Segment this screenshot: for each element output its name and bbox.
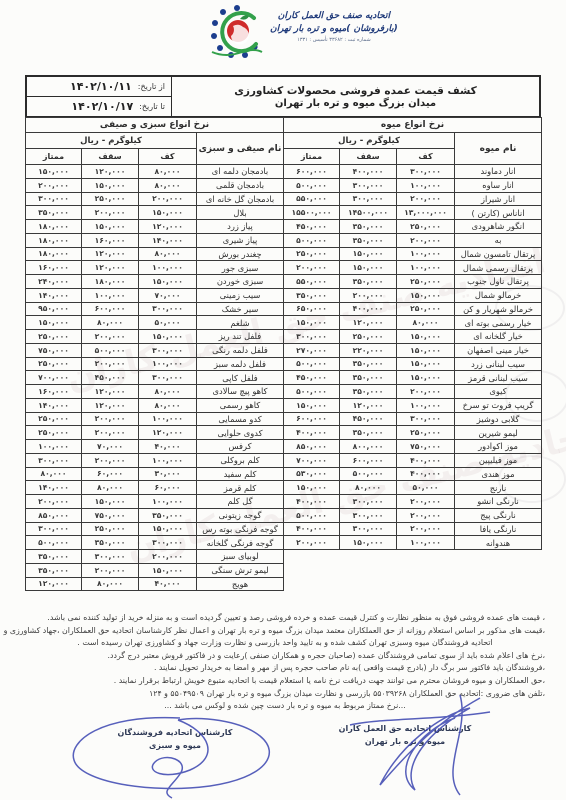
floor-price-cell: ۸۰,۰۰۰ xyxy=(397,316,455,330)
table-row: ۱۶۰,۰۰۰۱۲۰,۰۰۰۸۰,۰۰۰کاهو پیچ سالادی xyxy=(26,385,284,399)
table-row: ۱۸۰,۰۰۰۱۶۰,۰۰۰۱۴۰,۰۰۰پیاز شیری xyxy=(26,233,284,247)
floor-price-cell: ۱۵۰,۰۰۰ xyxy=(139,206,197,220)
premium-price-cell: ۵۰۰,۰۰۰ xyxy=(284,385,340,399)
table-row: ۱۵۵۰۰,۰۰۰۱۴۵۰۰,۰۰۰۱۳,۰۰۰,۰۰۰اناناس (کارت… xyxy=(284,206,542,220)
table-row: ۱۸۰,۰۰۰۱۵۰,۰۰۰۱۲۰,۰۰۰پیاز زرد xyxy=(26,220,284,234)
product-name-cell: هندوانه xyxy=(455,536,542,550)
premium-price-cell: ۱۵۰,۰۰۰ xyxy=(284,316,340,330)
table-row: ۲۵۰,۰۰۰۱۵۰,۰۰۰۱۰۰,۰۰۰پرتقال تامسون شمال xyxy=(284,247,542,261)
premium-price-cell: ۶۰۰,۰۰۰ xyxy=(284,165,340,179)
table-row: ۷۰۰,۰۰۰۶۰۰,۰۰۰۴۰۰,۰۰۰موز فیلیپین xyxy=(284,453,542,467)
floor-price-cell: ۱۵۰,۰۰۰ xyxy=(139,563,197,577)
floor-price-cell: ۱۵۰,۰۰۰ xyxy=(397,357,455,371)
premium-price-cell: ۲۰۰,۰۰۰ xyxy=(26,178,82,192)
product-name-cell: سبزی خوردن xyxy=(197,275,284,289)
premium-price-cell: ۲۰۰,۰۰۰ xyxy=(26,495,82,509)
table-row: ۳۵۰,۰۰۰۲۰۰,۰۰۰۱۵۰,۰۰۰لیمو ترش سنگی xyxy=(26,563,284,577)
to-date-value: ۱۴۰۲/۱۰/۱۷ xyxy=(71,100,133,113)
premium-price-cell: ۲۰۰,۰۰۰ xyxy=(284,536,340,550)
signature-title: کارشناس اتحادیه فروشندگان xyxy=(95,726,255,739)
product-name-cell: سیب لبنانی قرمز xyxy=(455,371,542,385)
product-name-cell: بلال xyxy=(197,206,284,220)
floor-price-cell: ۵۰,۰۰۰ xyxy=(139,316,197,330)
org-name-line2: (بارفروشان )میوه و تره بار تهران xyxy=(270,23,398,36)
product-name-cell: گلابی دوشیز xyxy=(455,412,542,426)
floor-price-cell: ۷۰,۰۰۰ xyxy=(139,288,197,302)
premium-price-cell: ۴۵۰,۰۰۰ xyxy=(284,371,340,385)
floor-price-cell: ۴۰,۰۰۰ xyxy=(139,440,197,454)
table-row: ۳۵۰,۰۰۰۲۰۰,۰۰۰۱۵۰,۰۰۰خرمالو شمال xyxy=(284,288,542,302)
premium-price-cell: ۲۷۰,۰۰۰ xyxy=(284,343,340,357)
ceiling-price-cell: ۱۲۰,۰۰۰ xyxy=(340,398,397,412)
table-row: ۱۵۰,۰۰۰۸۰,۰۰۰۵۰,۰۰۰نارنج xyxy=(284,481,542,495)
ceiling-price-cell: ۲۵۰,۰۰۰ xyxy=(82,192,139,206)
premium-price-cell: ۶۵۰,۰۰۰ xyxy=(284,302,340,316)
table-row: ۱۵۰,۰۰۰۱۲۰,۰۰۰۸۰,۰۰۰بادمجان دلمه ای xyxy=(26,165,284,179)
from-date-row: از تاریخ: ۱۴۰۲/۱۰/۱۱ xyxy=(27,77,171,96)
ceiling-price-cell: ۳۰۰,۰۰۰ xyxy=(340,495,397,509)
floor-price-cell: ۱۵۰,۰۰۰ xyxy=(397,330,455,344)
product-name-cell: فلفل تند ریز xyxy=(197,330,284,344)
vegetable-price-table: نرخ انواع سبزی و صیفی کیلوگرم - ریال نام… xyxy=(25,117,284,591)
floor-price-cell: ۲۰۰,۰۰۰ xyxy=(397,495,455,509)
product-name-cell: کلم سفید xyxy=(197,467,284,481)
ceiling-price-cell: ۲۰۰,۰۰۰ xyxy=(82,330,139,344)
floor-price-cell: ۱۰۰,۰۰۰ xyxy=(397,398,455,412)
veg-col-premium: ممتاز xyxy=(26,149,82,165)
sheet-title-line1: کشف قیمت عمده فروشی محصولات کشاورزی xyxy=(234,85,477,97)
ceiling-price-cell: ۳۵۰,۰۰۰ xyxy=(340,385,397,399)
table-row: ۵۰۰,۰۰۰۳۵۰,۰۰۰۳۰۰,۰۰۰گوجه فرنگی گلخانه xyxy=(26,536,284,550)
product-name-cell: نارنگی یافا xyxy=(455,522,542,536)
note-line: ،نرخ های اعلام شده باید از سوی تمامی فرو… xyxy=(25,650,545,663)
note-line: ،فروشندگان باید فاکتور سر برگ دار (بادرج… xyxy=(25,662,545,675)
sheet-title-line2: میدان بزرگ میوه و تره بار تهران xyxy=(275,98,436,109)
ceiling-price-cell: ۱۲۰,۰۰۰ xyxy=(82,261,139,275)
veg-section-title: نرخ انواع سبزی و صیفی xyxy=(26,118,284,133)
premium-price-cell: ۱۸۰,۰۰۰ xyxy=(26,233,82,247)
table-row: ۲۵۰,۰۰۰۲۰۰,۰۰۰۱۰۰,۰۰۰کدو مسمایی xyxy=(26,412,284,426)
product-name-cell: سیب لبنانی زرد xyxy=(455,357,542,371)
ceiling-price-cell: ۴۵۰,۰۰۰ xyxy=(340,412,397,426)
premium-price-cell: ۱۵۰,۰۰۰ xyxy=(26,165,82,179)
product-name-cell: لیمو شیرین xyxy=(455,426,542,440)
fruit-name-header: نام میوه xyxy=(455,133,542,165)
floor-price-cell: ۱۰۰,۰۰۰ xyxy=(397,536,455,550)
table-row: ۵۵۰,۰۰۰۳۵۰,۰۰۰۲۵۰,۰۰۰پرتقال ناول جنوب xyxy=(284,275,542,289)
ceiling-price-cell: ۳۵۰,۰۰۰ xyxy=(340,426,397,440)
product-name-cell: فلفل دلمه رنگی xyxy=(197,343,284,357)
ceiling-price-cell: ۱۸۰,۰۰۰ xyxy=(82,275,139,289)
sheet-header: از تاریخ: ۱۴۰۲/۱۰/۱۱ تا تاریخ: ۱۴۰۲/۱۰/۱… xyxy=(25,75,541,117)
premium-price-cell: ۵۰۰,۰۰۰ xyxy=(284,178,340,192)
premium-price-cell: ۱۸۰,۰۰۰ xyxy=(26,220,82,234)
product-name-cell: بادمجان قلمی xyxy=(197,178,284,192)
premium-price-cell: ۵۰۰,۰۰۰ xyxy=(284,233,340,247)
product-name-cell: کاهو رسمی xyxy=(197,398,284,412)
premium-price-cell: ۵۰۰,۰۰۰ xyxy=(26,536,82,550)
table-row: ۲۵۰,۰۰۰۲۰۰,۰۰۰۱۵۰,۰۰۰فلفل تند ریز xyxy=(26,330,284,344)
premium-price-cell: ۵۰۰,۰۰۰ xyxy=(284,357,340,371)
premium-price-cell: ۲۴۰,۰۰۰ xyxy=(26,275,82,289)
ceiling-price-cell: ۸۰,۰۰۰ xyxy=(82,316,139,330)
premium-price-cell: ۱۶۰,۰۰۰ xyxy=(26,261,82,275)
fruit-col-floor: کف xyxy=(397,149,455,165)
product-name-cell: لیمو ترش سنگی xyxy=(197,563,284,577)
table-row: ۱۵۰,۰۰۰۸۰,۰۰۰۵۰,۰۰۰شلغم xyxy=(26,316,284,330)
table-row: ۱۰۰,۰۰۰۷۰,۰۰۰۴۰,۰۰۰کرفس xyxy=(26,440,284,454)
product-name-cell: کرفس xyxy=(197,440,284,454)
table-row: ۲۰۰,۰۰۰۱۵۰,۰۰۰۸۰,۰۰۰بادمجان قلمی xyxy=(26,178,284,192)
floor-price-cell: ۸۰,۰۰۰ xyxy=(139,247,197,261)
table-row: ۱۵۰,۰۰۰۱۲۰,۰۰۰۱۰۰,۰۰۰گریپ فروت تو سرخ xyxy=(284,398,542,412)
table-row: ۳۵۰,۰۰۰۳۰۰,۰۰۰۲۰۰,۰۰۰لوبیای سبز xyxy=(26,550,284,564)
floor-price-cell: ۱۵۰,۰۰۰ xyxy=(397,371,455,385)
premium-price-cell: ۱۵۰,۰۰۰ xyxy=(26,316,82,330)
premium-price-cell: ۴۰۰,۰۰۰ xyxy=(284,426,340,440)
premium-price-cell: ۵۳۰,۰۰۰ xyxy=(284,467,340,481)
table-row: ۸۰,۰۰۰۶۰,۰۰۰۳۰,۰۰۰کلم سفید xyxy=(26,467,284,481)
from-date-value: ۱۴۰۲/۱۰/۱۱ xyxy=(70,80,132,93)
premium-price-cell: ۱۵۰,۰۰۰ xyxy=(284,398,340,412)
premium-price-cell: ۷۰۰,۰۰۰ xyxy=(284,453,340,467)
product-name-cell: خرمالو شمال xyxy=(455,288,542,302)
floor-price-cell: ۲۰۰,۰۰۰ xyxy=(139,550,197,564)
product-name-cell: خرمالو شهریار و کن xyxy=(455,302,542,316)
product-name-cell: گوجه فرنگی گلخانه xyxy=(197,536,284,550)
floor-price-cell: ۱۰۰,۰۰۰ xyxy=(139,495,197,509)
floor-price-cell: ۱۰۰,۰۰۰ xyxy=(397,178,455,192)
ceiling-price-cell: ۱۵۰,۰۰۰ xyxy=(340,247,397,261)
floor-price-cell: ۲۰۰,۰۰۰ xyxy=(397,522,455,536)
premium-price-cell: ۳۰۰,۰۰۰ xyxy=(284,330,340,344)
product-name-cell: گوجه فرنگی بوته رس xyxy=(197,522,284,536)
table-row: ۳۰۰,۰۰۰۲۵۰,۰۰۰۲۰۰,۰۰۰بادمجان گل خانه ای xyxy=(26,192,284,206)
table-row: ۵۵۰,۰۰۰۳۰۰,۰۰۰۲۰۰,۰۰۰انار شیراز xyxy=(284,192,542,206)
floor-price-cell: ۳۰۰,۰۰۰ xyxy=(139,536,197,550)
table-row: ۷۰۰,۰۰۰۴۵۰,۰۰۰۳۰۰,۰۰۰فلفل کاپی xyxy=(26,371,284,385)
sellers-union-expert-signature-block: کارشناس اتحادیه فروشندگان میوه و سبزی xyxy=(95,726,255,752)
table-row: ۲۰۰,۰۰۰۱۵۰,۰۰۰۱۰۰,۰۰۰پرتقال رسمی شمال xyxy=(284,261,542,275)
premium-price-cell: ۱۲۰,۰۰۰ xyxy=(26,577,82,591)
floor-price-cell: ۱۰۰,۰۰۰ xyxy=(139,357,197,371)
table-row: ۱۴۰,۰۰۰۸۰,۰۰۰۶۰,۰۰۰کلم قرمز xyxy=(26,481,284,495)
floor-price-cell: ۳۰۰,۰۰۰ xyxy=(397,165,455,179)
premium-price-cell: ۳۵۰,۰۰۰ xyxy=(284,288,340,302)
table-row: ۴۰۰,۰۰۰۳۵۰,۰۰۰۲۵۰,۰۰۰لیمو شیرین xyxy=(284,426,542,440)
ceiling-price-cell: ۱۵۰,۰۰۰ xyxy=(82,495,139,509)
table-row: ۵۰۰,۰۰۰۳۵۰,۰۰۰۲۰۰,۰۰۰کیوی xyxy=(284,385,542,399)
floor-price-cell: ۴۰,۰۰۰ xyxy=(139,577,197,591)
table-row: ۱۶۰,۰۰۰۱۲۰,۰۰۰۱۰۰,۰۰۰سبزی جور xyxy=(26,261,284,275)
ceiling-price-cell: ۱۴۵۰۰,۰۰۰ xyxy=(340,206,397,220)
table-row: ۸۵۰,۰۰۰۷۵۰,۰۰۰۳۵۰,۰۰۰گوجه زیتونی xyxy=(26,508,284,522)
ceiling-price-cell: ۱۲۰,۰۰۰ xyxy=(82,247,139,261)
floor-price-cell: ۸۰,۰۰۰ xyxy=(139,178,197,192)
fruit-col-premium: ممتاز xyxy=(284,149,340,165)
product-name-cell: پرتقال ناول جنوب xyxy=(455,275,542,289)
product-name-cell: انار ساوه xyxy=(455,178,542,192)
ceiling-price-cell: ۲۰۰,۰۰۰ xyxy=(340,288,397,302)
ceiling-price-cell: ۲۰۰,۰۰۰ xyxy=(82,357,139,371)
product-name-cell: نارنگی پیج xyxy=(455,508,542,522)
table-row: ۵۰۰,۰۰۰۳۵۰,۰۰۰۱۵۰,۰۰۰سیب لبنانی زرد xyxy=(284,357,542,371)
ceiling-price-cell: ۷۵۰,۰۰۰ xyxy=(82,508,139,522)
table-row: ۴۰۰,۰۰۰۳۰۰,۰۰۰۲۰۰,۰۰۰نارنگی انشو xyxy=(284,495,542,509)
floor-price-cell: ۳۰۰,۰۰۰ xyxy=(139,302,197,316)
product-name-cell: انگور شاهرودی xyxy=(455,220,542,234)
signature-subtitle: میوه و سبزی xyxy=(95,739,255,752)
ceiling-price-cell: ۶۰۰,۰۰۰ xyxy=(82,302,139,316)
premium-price-cell: ۵۵۰,۰۰۰ xyxy=(284,275,340,289)
ceiling-price-cell: ۱۲۰,۰۰۰ xyxy=(340,316,397,330)
floor-price-cell: ۱۲۰,۰۰۰ xyxy=(139,426,197,440)
date-box: از تاریخ: ۱۴۰۲/۱۰/۱۱ تا تاریخ: ۱۴۰۲/۱۰/۱… xyxy=(27,77,172,116)
ceiling-price-cell: ۳۵۰,۰۰۰ xyxy=(340,371,397,385)
ceiling-price-cell: ۱۲۰,۰۰۰ xyxy=(82,398,139,412)
sheet-title: کشف قیمت عمده فروشی محصولات کشاورزی میدا… xyxy=(172,77,539,116)
product-name-cell: خیار گلخانه ای xyxy=(455,330,542,344)
table-row: ۳۵۰,۰۰۰۲۰۰,۰۰۰۱۵۰,۰۰۰بلال xyxy=(26,206,284,220)
premium-price-cell: ۲۵۰,۰۰۰ xyxy=(284,247,340,261)
product-name-cell: کلم بروکلی xyxy=(197,453,284,467)
product-name-cell: گریپ فروت تو سرخ xyxy=(455,398,542,412)
floor-price-cell: ۷۵۰,۰۰۰ xyxy=(397,440,455,454)
premium-price-cell: ۳۰۰,۰۰۰ xyxy=(26,192,82,206)
floor-price-cell: ۱۵۰,۰۰۰ xyxy=(397,288,455,302)
floor-price-cell: ۱۰۰,۰۰۰ xyxy=(397,247,455,261)
product-name-cell: پرتقال تامسون شمال xyxy=(455,247,542,261)
floor-price-cell: ۱۴۰,۰۰۰ xyxy=(139,233,197,247)
ceiling-price-cell: ۳۵۰,۰۰۰ xyxy=(340,220,397,234)
ceiling-price-cell: ۳۵۰,۰۰۰ xyxy=(340,357,397,371)
product-name-cell: شلغم xyxy=(197,316,284,330)
floor-price-cell: ۲۰۰,۰۰۰ xyxy=(397,385,455,399)
from-date-label: از تاریخ: xyxy=(138,82,165,91)
ceiling-price-cell: ۲۰۰,۰۰۰ xyxy=(82,563,139,577)
table-row: ۲۵۰,۰۰۰۲۰۰,۰۰۰۱۲۰,۰۰۰کدوی حلوایی xyxy=(26,426,284,440)
premium-price-cell: ۸۵۰,۰۰۰ xyxy=(26,508,82,522)
ceiling-price-cell: ۸۰۰,۰۰۰ xyxy=(340,440,397,454)
union-logo-icon xyxy=(210,4,264,64)
premium-price-cell: ۱۴۰,۰۰۰ xyxy=(26,398,82,412)
product-name-cell: کدوی حلوایی xyxy=(197,426,284,440)
ceiling-price-cell: ۱۵۰,۰۰۰ xyxy=(340,261,397,275)
fruit-unit-header: کیلوگرم - ریال xyxy=(284,133,455,149)
floor-price-cell: ۳۵۰,۰۰۰ xyxy=(139,508,197,522)
table-row: ۱۲۰,۰۰۰۸۰,۰۰۰۴۰,۰۰۰هویج xyxy=(26,577,284,591)
ceiling-price-cell: ۱۶۰,۰۰۰ xyxy=(82,233,139,247)
floor-price-cell: ۱۵۰,۰۰۰ xyxy=(397,343,455,357)
note-line: ، قیمت های عمده فروشی فوق به منظور نظارت… xyxy=(25,612,545,625)
floor-price-cell: ۱۲۰,۰۰۰ xyxy=(139,220,197,234)
premium-price-cell: ۲۰۰,۰۰۰ xyxy=(284,261,340,275)
premium-price-cell: ۹۵۰,۰۰۰ xyxy=(26,302,82,316)
product-name-cell: بادمجان دلمه ای xyxy=(197,165,284,179)
table-row: ۱۵۰,۰۰۰۱۲۰,۰۰۰۸۰,۰۰۰خیار رسمی بوته ای xyxy=(284,316,542,330)
premium-price-cell: ۷۵۰,۰۰۰ xyxy=(26,343,82,357)
ceiling-price-cell: ۱۰۰,۰۰۰ xyxy=(82,288,139,302)
table-row: ۵۰۰,۰۰۰۳۰۰,۰۰۰۱۰۰,۰۰۰انار ساوه xyxy=(284,178,542,192)
floor-price-cell: ۱۰۰,۰۰۰ xyxy=(139,453,197,467)
premium-price-cell: ۵۰۰,۰۰۰ xyxy=(284,508,340,522)
product-name-cell: هویج xyxy=(197,577,284,591)
floor-price-cell: ۲۰۰,۰۰۰ xyxy=(397,508,455,522)
ceiling-price-cell: ۳۰۰,۰۰۰ xyxy=(340,178,397,192)
product-name-cell: کدو مسمایی xyxy=(197,412,284,426)
product-name-cell: کلم قرمز xyxy=(197,481,284,495)
ceiling-price-cell: ۲۲۰,۰۰۰ xyxy=(340,343,397,357)
table-row: ۵۰۰,۰۰۰۳۰۰,۰۰۰۲۰۰,۰۰۰نارنگی پیج xyxy=(284,508,542,522)
ceiling-price-cell: ۲۰۰,۰۰۰ xyxy=(82,453,139,467)
ceiling-price-cell: ۱۲۰,۰۰۰ xyxy=(82,385,139,399)
floor-price-cell: ۵۰,۰۰۰ xyxy=(397,481,455,495)
floor-price-cell: ۶۰,۰۰۰ xyxy=(139,481,197,495)
note-line: ،قیمت های مذکور بر اساس استعلام روزانه ا… xyxy=(25,625,545,638)
note-line: اتحادیه فروشندگان میوه وسبزی تهران کشف ش… xyxy=(25,637,545,650)
note-line: ،حق العملکاران و میوه فروشان محترم می تو… xyxy=(25,675,545,688)
premium-price-cell: ۲۵۰,۰۰۰ xyxy=(26,330,82,344)
table-row: ۲۷۰,۰۰۰۲۲۰,۰۰۰۱۵۰,۰۰۰خیار مینی اصفهان xyxy=(284,343,542,357)
union-logo: اتحادیه صنف حق العمل کاران (بارفروشان )م… xyxy=(210,4,398,64)
floor-price-cell: ۳۰۰,۰۰۰ xyxy=(139,343,197,357)
table-row: ۱۸۰,۰۰۰۱۲۰,۰۰۰۸۰,۰۰۰چغندر بورش xyxy=(26,247,284,261)
product-name-cell: موز اکوادور xyxy=(455,440,542,454)
product-name-cell: چغندر بورش xyxy=(197,247,284,261)
floor-price-cell: ۳۰,۰۰۰ xyxy=(139,467,197,481)
premium-price-cell: ۳۵۰,۰۰۰ xyxy=(26,563,82,577)
ceiling-price-cell: ۸۰,۰۰۰ xyxy=(340,481,397,495)
product-name-cell: لوبیای سبز xyxy=(197,550,284,564)
ceiling-price-cell: ۱۲۰,۰۰۰ xyxy=(82,165,139,179)
product-name-cell: به xyxy=(455,233,542,247)
ceiling-price-cell: ۱۵۰,۰۰۰ xyxy=(340,536,397,550)
product-name-cell: پیاز زرد xyxy=(197,220,284,234)
floor-price-cell: ۲۰۰,۰۰۰ xyxy=(397,233,455,247)
table-row: ۴۰۰,۰۰۰۳۰۰,۰۰۰۲۰۰,۰۰۰نارنگی یافا xyxy=(284,522,542,536)
premium-price-cell: ۳۰۰,۰۰۰ xyxy=(26,453,82,467)
product-name-cell: موز هندی xyxy=(455,467,542,481)
floor-price-cell: ۱۵۰,۰۰۰ xyxy=(139,275,197,289)
product-name-cell: پیاز شیری xyxy=(197,233,284,247)
floor-price-cell: ۱۵۰,۰۰۰ xyxy=(139,522,197,536)
ceiling-price-cell: ۷۰,۰۰۰ xyxy=(82,440,139,454)
floor-price-cell: ۸۰,۰۰۰ xyxy=(139,398,197,412)
ceiling-price-cell: ۴۵۰,۰۰۰ xyxy=(82,371,139,385)
premium-price-cell: ۸۰,۰۰۰ xyxy=(26,467,82,481)
product-name-cell: نارنگی انشو xyxy=(455,495,542,509)
ceiling-price-cell: ۳۰۰,۰۰۰ xyxy=(340,192,397,206)
product-name-cell: خیار مینی اصفهان xyxy=(455,343,542,357)
premium-price-cell: ۲۵۰,۰۰۰ xyxy=(26,357,82,371)
ceiling-price-cell: ۲۰۰,۰۰۰ xyxy=(82,412,139,426)
premium-price-cell: ۸۵۰,۰۰۰ xyxy=(284,440,340,454)
premium-price-cell: ۱۸۰,۰۰۰ xyxy=(26,247,82,261)
product-name-cell: نارنج xyxy=(455,481,542,495)
product-name-cell: پرتقال رسمی شمال xyxy=(455,261,542,275)
ceiling-price-cell: ۸۰,۰۰۰ xyxy=(82,481,139,495)
table-row: ۷۵۰,۰۰۰۵۰۰,۰۰۰۳۰۰,۰۰۰فلفل دلمه رنگی xyxy=(26,343,284,357)
table-row: ۹۵۰,۰۰۰۶۰۰,۰۰۰۳۰۰,۰۰۰سیر خشک xyxy=(26,302,284,316)
veg-name-header: نام صیفی و سبزی xyxy=(197,133,284,165)
product-name-cell: سیب زمینی xyxy=(197,288,284,302)
table-row: ۶۵۰,۰۰۰۴۰۰,۰۰۰۲۵۰,۰۰۰خرمالو شهریار و کن xyxy=(284,302,542,316)
fruit-table-body: نرخ انواع میوه کیلوگرم - ریال نام میوه م… xyxy=(284,118,542,550)
product-name-cell: خیار رسمی بوته ای xyxy=(455,316,542,330)
table-row: ۲۴۰,۰۰۰۱۸۰,۰۰۰۱۵۰,۰۰۰سبزی خوردن xyxy=(26,275,284,289)
to-date-row: تا تاریخ: ۱۴۰۲/۱۰/۱۷ xyxy=(27,96,171,116)
ceiling-price-cell: ۲۵۰,۰۰۰ xyxy=(82,522,139,536)
veg-col-ceiling: سقف xyxy=(82,149,139,165)
logo-leaf xyxy=(240,15,249,19)
ceiling-price-cell: ۶۰۰,۰۰۰ xyxy=(340,453,397,467)
premium-price-cell: ۱۵۰,۰۰۰ xyxy=(284,481,340,495)
table-row: ۵۰۰,۰۰۰۳۵۰,۰۰۰۲۰۰,۰۰۰به xyxy=(284,233,542,247)
table-row: ۲۵۰,۰۰۰۲۰۰,۰۰۰۱۰۰,۰۰۰فلفل دلمه سبز xyxy=(26,357,284,371)
footer-notes: ، قیمت های عمده فروشی فوق به منظور نظارت… xyxy=(25,612,545,713)
premium-price-cell: ۶۰۰,۰۰۰ xyxy=(284,412,340,426)
table-row: ۳۰۰,۰۰۰۲۰۰,۰۰۰۱۰۰,۰۰۰کلم بروکلی xyxy=(26,453,284,467)
ceiling-price-cell: ۴۰۰,۰۰۰ xyxy=(340,302,397,316)
ceiling-price-cell: ۸۰,۰۰۰ xyxy=(82,577,139,591)
ceiling-price-cell: ۱۵۰,۰۰۰ xyxy=(82,178,139,192)
veg-col-floor: کف xyxy=(139,149,197,165)
commission-agents-expert-signature-block: کارشناس اتحادیه حق العمل کاران میوه و تر… xyxy=(330,722,480,748)
floor-price-cell: ۲۵۰,۰۰۰ xyxy=(397,302,455,316)
floor-price-cell: ۱۵۰,۰۰۰ xyxy=(139,330,197,344)
org-registration: شماره ثبت : ۳۳۶۸۲ تأسیس : ۱۳۳۱ xyxy=(297,37,371,43)
signature-subtitle: میوه و تره بار تهران xyxy=(330,735,480,748)
product-name-cell: کاهو پیچ سالادی xyxy=(197,385,284,399)
table-row: ۳۰۰,۰۰۰۲۵۰,۰۰۰۱۵۰,۰۰۰گوجه فرنگی بوته رس xyxy=(26,522,284,536)
ceiling-price-cell: ۲۰۰,۰۰۰ xyxy=(82,426,139,440)
ceiling-price-cell: ۳۰۰,۰۰۰ xyxy=(340,508,397,522)
table-row: ۱۴۰,۰۰۰۱۰۰,۰۰۰۷۰,۰۰۰سیب زمینی xyxy=(26,288,284,302)
product-name-cell: سیر خشک xyxy=(197,302,284,316)
note-line: ...نرخ ممتاز مربوط به میوه و تره بار دست… xyxy=(25,700,545,713)
table-row: ۳۰۰,۰۰۰۲۵۰,۰۰۰۱۵۰,۰۰۰خیار گلخانه ای xyxy=(284,330,542,344)
ceiling-price-cell: ۵۰۰,۰۰۰ xyxy=(340,467,397,481)
floor-price-cell: ۱۰۰,۰۰۰ xyxy=(139,412,197,426)
floor-price-cell: ۴۰۰,۰۰۰ xyxy=(397,453,455,467)
ceiling-price-cell: ۲۵۰,۰۰۰ xyxy=(340,330,397,344)
floor-price-cell: ۲۵۰,۰۰۰ xyxy=(397,426,455,440)
premium-price-cell: ۱۵۵۰۰,۰۰۰ xyxy=(284,206,340,220)
product-name-cell: گل کلم xyxy=(197,495,284,509)
ceiling-price-cell: ۳۰۰,۰۰۰ xyxy=(340,522,397,536)
floor-price-cell: ۱۰۰,۰۰۰ xyxy=(397,261,455,275)
table-row: ۶۰۰,۰۰۰۴۵۰,۰۰۰۳۰۰,۰۰۰گلابی دوشیز xyxy=(284,412,542,426)
ceiling-price-cell: ۳۵۰,۰۰۰ xyxy=(340,233,397,247)
floor-price-cell: ۲۵۰,۰۰۰ xyxy=(397,220,455,234)
premium-price-cell: ۲۵۰,۰۰۰ xyxy=(26,412,82,426)
ceiling-price-cell: ۱۵۰,۰۰۰ xyxy=(82,220,139,234)
premium-price-cell: ۱۴۰,۰۰۰ xyxy=(26,288,82,302)
product-name-cell: گوجه زیتونی xyxy=(197,508,284,522)
org-name-line1: اتحادیه صنف حق العمل کاران xyxy=(278,10,390,23)
floor-price-cell: ۳۰۰,۰۰۰ xyxy=(139,371,197,385)
table-row: ۸۵۰,۰۰۰۸۰۰,۰۰۰۷۵۰,۰۰۰موز اکوادور xyxy=(284,440,542,454)
premium-price-cell: ۴۵۰,۰۰۰ xyxy=(284,220,340,234)
table-row: ۴۵۰,۰۰۰۳۵۰,۰۰۰۱۵۰,۰۰۰سیب لبنانی قرمز xyxy=(284,371,542,385)
fruit-section-title: نرخ انواع میوه xyxy=(284,118,542,133)
to-date-label: تا تاریخ: xyxy=(139,102,165,111)
product-name-cell: سبزی جور xyxy=(197,261,284,275)
table-row: ۵۳۰,۰۰۰۵۰۰,۰۰۰۴۰۰,۰۰۰موز هندی xyxy=(284,467,542,481)
floor-price-cell: ۸۰,۰۰۰ xyxy=(139,385,197,399)
ceiling-price-cell: ۲۰۰,۰۰۰ xyxy=(82,206,139,220)
vegetable-table-body: نرخ انواع سبزی و صیفی کیلوگرم - ریال نام… xyxy=(26,118,284,591)
